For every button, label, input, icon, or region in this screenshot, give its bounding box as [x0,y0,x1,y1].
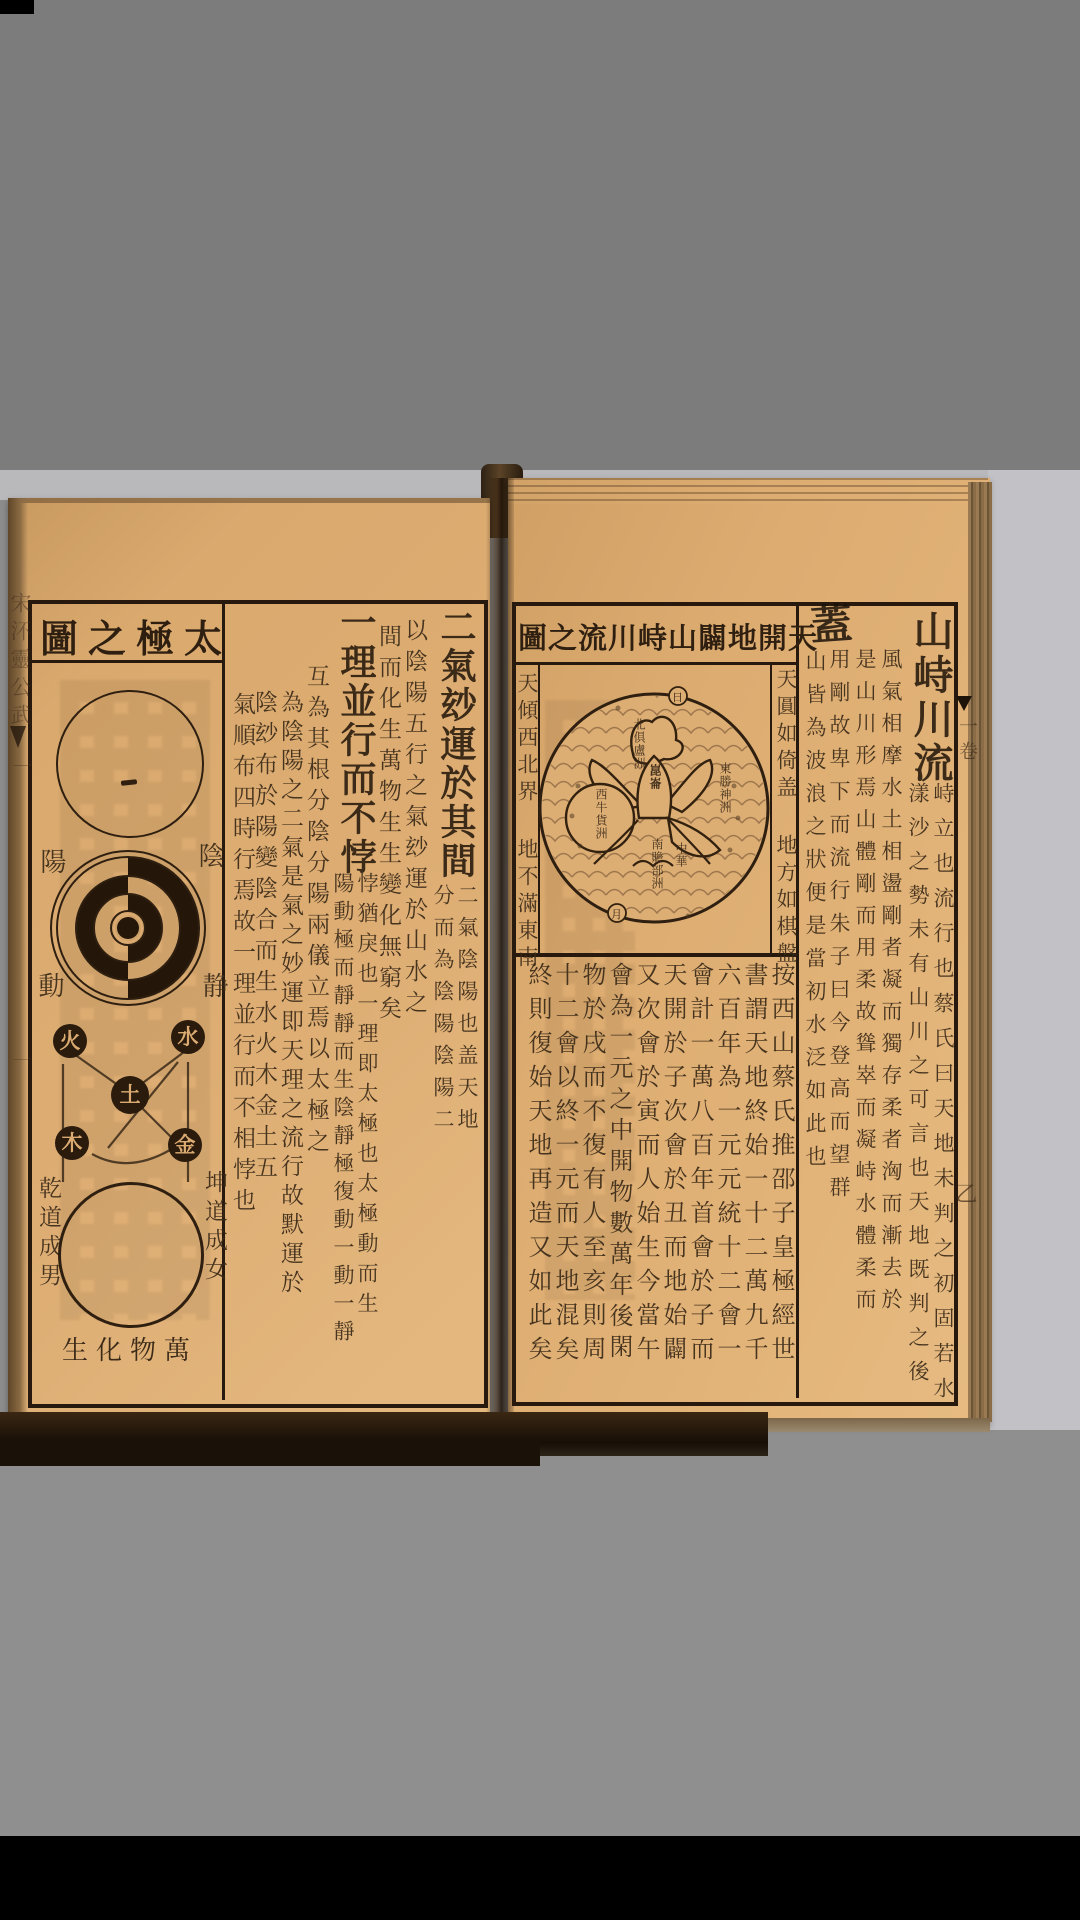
body-column-4: 會計一萬八百年首會於子而 [685,962,711,1370]
body-column-6: 又次會於寅而人始生今當午 [631,962,657,1370]
right-heading-big: 山峙川流 [900,610,950,786]
taiji-bottom-circle [58,1182,204,1328]
bottom-black-bar [0,1836,1080,1920]
right-margin-collation-mark: 乙 [954,1182,976,1204]
left-margin-characters: 宋㳅靈公武 [8,592,30,732]
left-text-big-column-2: 一理並行而不悖 [328,604,374,877]
deep-shadow-left [0,1440,540,1466]
right-annotation-3l: 山皆為波浪之狀便是當初水泛如此也 [800,650,825,1178]
map-side-label-tianqing: 天傾西北界 [513,672,537,807]
element-wood: 木 [55,1126,89,1160]
left-text-annotation-2r: 悖猶戾也一理即太極也太極動而生 [352,872,377,1322]
right-fore-edge-stack [968,482,992,1422]
label-kun-dao-cheng-nu: 坤道成女 [200,1170,226,1286]
map-label-west-continent: 西牛貨洲 [592,788,607,840]
right-page-title: 圖之流川峙山闢地開天 [518,616,796,657]
map-label-south-continent: 南贍部洲 [648,838,663,890]
body-column-1: 按西山蔡氏推邵子皇極經世 [766,962,792,1370]
left-margin-number: 一 [10,756,30,776]
left-text-annotation-2l: 陽動極而靜靜而生陰靜極復動一動一靜 [328,872,353,1348]
backdrop-top-gray [0,0,1080,470]
left-text-column-6: 為陰陽之二氣是氣之妙運即天理之流行故默運於 [276,690,302,1299]
right-page-stacked-edges [508,478,988,504]
element-earth: 土 [111,1076,149,1114]
body-column-3: 六百年為一元元統十二會一 [712,962,738,1370]
map-side-label-tianyuan: 天圓如倚盖 [772,668,796,803]
body-column-10: 終則復始天地再造又如此矣 [523,962,549,1370]
right-margin-volume-label: 一卷 [956,716,976,766]
right-annotation-2r: 風氣相摩水土相盪剛者凝而獨存柔者洶而漸去於 [876,648,901,1320]
right-heading-annotation-l: 漾沙之勢未有山川之可言也天地既判之後 [903,782,928,1394]
map-label-north-continent: 北俱盧洲 [630,718,645,756]
cosmos-map-diagram [538,666,770,954]
left-text-big-column-1: 二氣玅運於其間 [428,608,474,881]
right-annotation-2l: 是山川形焉山體剛而用柔故聳崒而凝峙水體柔而 [850,648,875,1320]
backdrop-right-gray [988,470,1080,1430]
label-wanwu-huasheng: 生化物萬 [60,1330,200,1367]
center-gutter-shadow [486,478,514,1424]
left-margin-number-lower: 一 [10,1050,30,1070]
shadow-under-right-page [768,1418,990,1432]
right-title-box-underline [516,662,798,665]
element-water: 水 [171,1020,205,1054]
map-label-kunlun: 崑崙 [646,764,661,790]
body-column-7: 會為一元之中開物數萬年後閑 [604,962,630,1365]
backdrop-bottom-gray [0,1430,1080,1836]
ink-mark: 蓋 [808,591,854,654]
right-heading-annotation-r: 峙立也流行也蔡氏曰天地未判之初固若水 [928,782,953,1412]
left-page-title: 圖之極太 [40,608,220,663]
top-left-black-notch [0,0,34,14]
body-column-8: 物於戌而不復有人至亥則周 [577,962,603,1370]
taiji-top-circle [56,690,204,838]
right-annotation-3r: 用剛故卑下而流行朱子曰今登高而望群 [824,648,849,1209]
element-metal: 金 [168,1128,202,1162]
taiji-rings-diagram [48,848,208,1008]
left-text-column-8: 氣順布四時行焉故一理並行而不相悖也 [228,692,254,1219]
left-text-column-2: 以陰陽五行之氣玅運於山水之 [400,618,426,1021]
map-side-label-dibuman: 地不滿東南 [513,838,537,973]
element-fire: 火 [53,1024,87,1058]
map-label-east-continent: 東勝神洲 [716,762,731,814]
label-qian-dao-cheng-nan: 乾道成男 [34,1176,60,1292]
map-side-label-difang: 地方如棋盤 [772,834,796,969]
body-column-9: 十二會以終一元而天地混矣 [550,962,576,1370]
five-elements-connectors [28,1030,228,1200]
map-moon-symbol: 月 [611,906,622,922]
left-page-top-edge [8,498,490,503]
left-text-annotation-1r: 二氣陰陽也盖天地 [452,884,477,1140]
map-label-zhonghua: 中華 [672,842,687,868]
left-text-annotation-1l: 分而為陰陽陰陽二 [428,884,453,1140]
body-column-2: 書謂天地終始一十二萬九千 [739,962,765,1370]
map-sun-symbol: 日 [672,689,683,705]
left-text-column-5: 互為其根分陰分陽兩儀立焉以太極之 [302,664,328,1160]
body-column-5: 天開於子次會於丑而地始闢 [658,962,684,1370]
